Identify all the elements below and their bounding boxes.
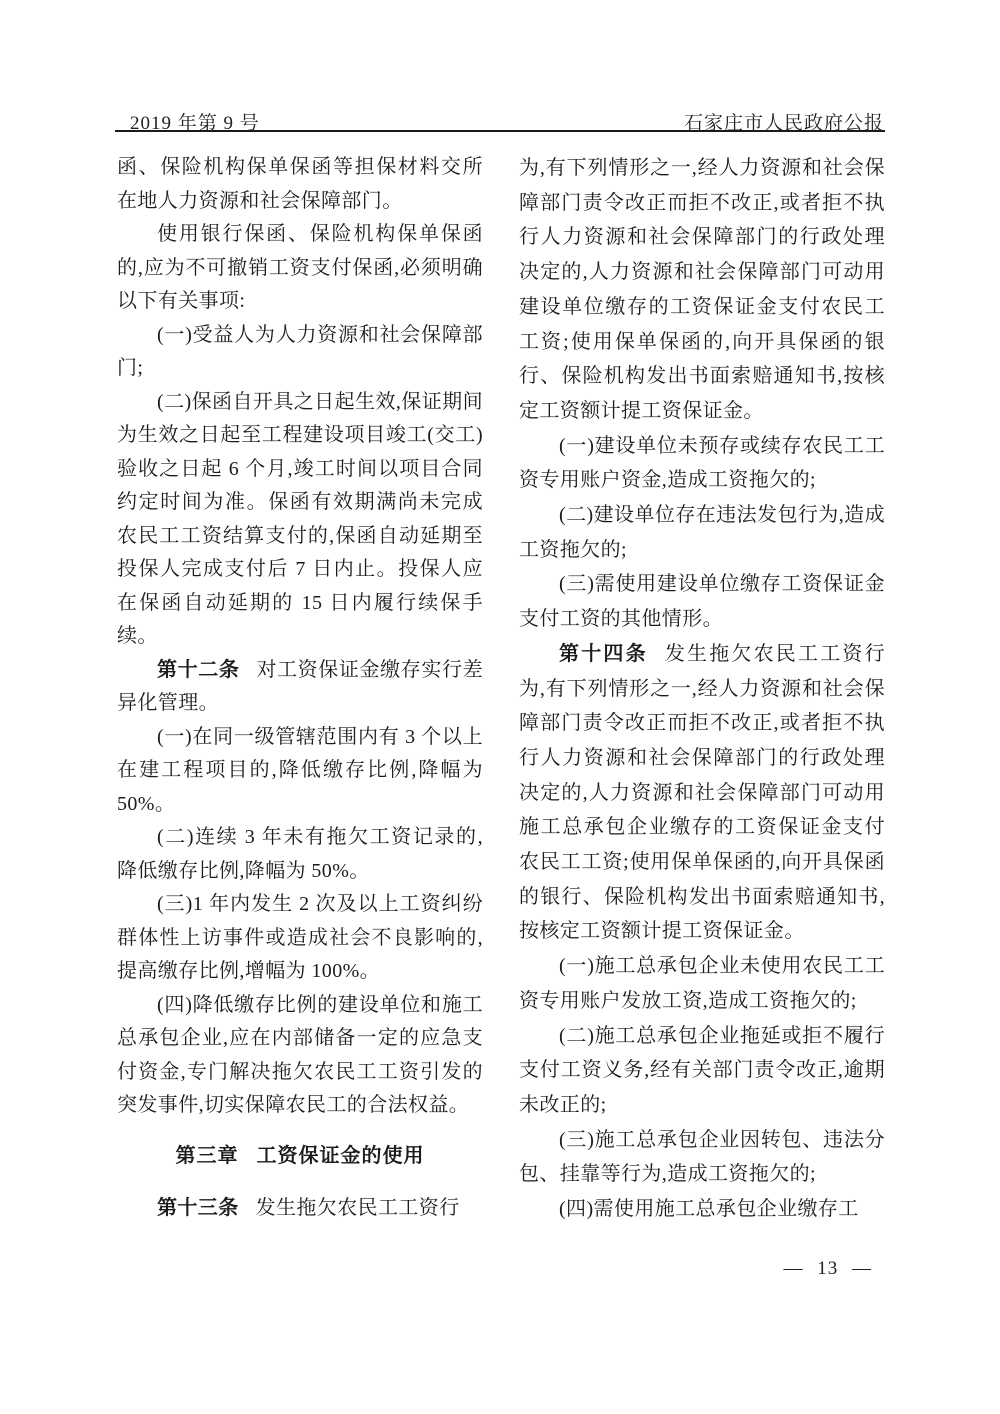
paragraph: 第十二条对工资保证金缴存实行差异化管理。 [117,654,483,721]
chapter-heading: 第三章工资保证金的使用 [117,1140,483,1174]
paragraph: (二)施工总承包企业拖延或拒不履行支付工资义务,经有关部门责令改正,逾期未改正的… [519,1019,885,1123]
paragraph: (二)建设单位存在违法发包行为,造成工资拖欠的; [519,498,885,567]
article-number: 第十四条 [559,643,648,665]
paragraph: (三)1 年内发生 2 次及以上工资纠纷群体性上访事件或造成社会不良影响的,提高… [117,888,483,989]
paragraph: 为,有下列情形之一,经人力资源和社会保障部门责令改正而拒不改正,或者拒不执行人力… [519,151,885,429]
left-text-column: 函、保险机构保单保函等担保材料交所在地人力资源和社会保障部门。使用银行保函、保险… [117,151,483,1226]
page-number: — 13 — [784,1258,873,1280]
paragraph: (四)需使用施工总承包企业缴存工 [519,1192,885,1227]
article-number: 第十二条 [157,659,239,681]
paragraph: 函、保险机构保单保函等担保材料交所在地人力资源和社会保障部门。 [117,151,483,218]
paragraph: (三)需使用建设单位缴存工资保证金支付工资的其他情形。 [519,567,885,636]
paragraph: (三)施工总承包企业因转包、违法分包、挂靠等行为,造成工资拖欠的; [519,1123,885,1192]
paragraph: (四)降低缴存比例的建设单位和施工总承包企业,应在内部储备一定的应急支付资金,专… [117,989,483,1123]
paragraph: (一)受益人为人力资源和社会保障部门; [117,319,483,386]
paragraph: 使用银行保函、保险机构保单保函的,应为不可撤销工资支付保函,必须明确以下有关事项… [117,218,483,319]
header-rule-divider [115,130,885,132]
paragraph: (一)施工总承包企业未使用农民工工资专用账户发放工资,造成工资拖欠的; [519,949,885,1018]
paragraph: (一)建设单位未预存或续存农民工工资专用账户资金,造成工资拖欠的; [519,429,885,498]
paragraph: (二)连续 3 年未有拖欠工资记录的,降低缴存比例,降幅为 50%。 [117,821,483,888]
paragraph: 第十四条发生拖欠农民工工资行为,有下列情形之一,经人力资源和社会保障部门责令改正… [519,637,885,949]
chapter-number: 第三章 [176,1145,239,1167]
paragraph: 第十三条发生拖欠农民工工资行 [117,1192,483,1226]
article-number: 第十三条 [157,1197,239,1219]
right-text-column: 为,有下列情形之一,经人力资源和社会保障部门责令改正而拒不改正,或者拒不执行人力… [519,151,885,1227]
gazette-page: 2019 年第 9 号 石家庄市人民政府公报 函、保险机构保单保函等担保材料交所… [0,0,1000,1414]
paragraph: (一)在同一级管辖范围内有 3 个以上在建工程项目的,降低缴存比例,降幅为 50… [117,721,483,822]
paragraph: (二)保函自开具之日起生效,保证期间为生效之日起至工程建设项目竣工(交工)验收之… [117,386,483,654]
